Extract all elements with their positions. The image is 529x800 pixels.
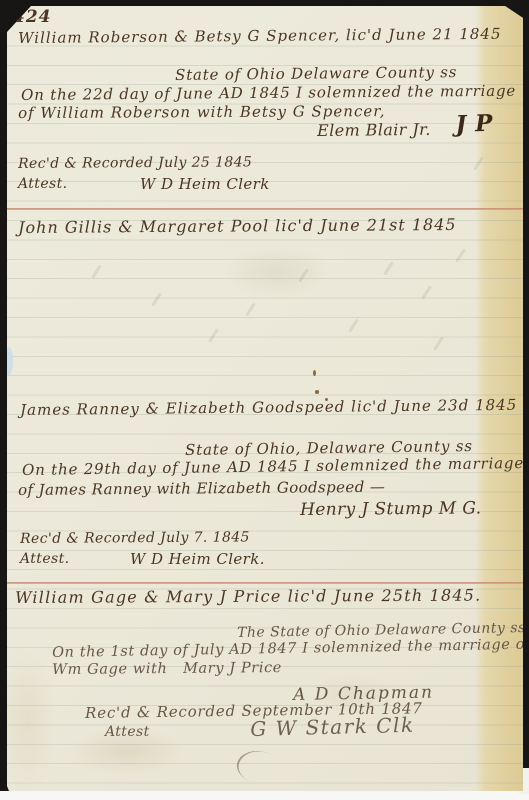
entry4-clerk-signature: G W Stark Clk bbox=[250, 714, 415, 740]
entry4-certification-line2: Wm Gage with Mary J Price bbox=[52, 661, 282, 679]
page-number: 424 bbox=[13, 8, 52, 27]
entry4-attest-label: Attest bbox=[105, 725, 150, 740]
entry1-officiant-initials: J P bbox=[455, 111, 493, 138]
entry3-attest-label: Attest. bbox=[20, 552, 69, 567]
entry3-recorded-note: Rec'd & Recorded July 7. 1845 bbox=[20, 530, 250, 547]
entry2-license-heading: John Gillis & Margaret Pool lic'd June 2… bbox=[18, 216, 457, 237]
entry1-recorded-note: Rec'd & Recorded July 25 1845 bbox=[18, 155, 252, 172]
entry1-clerk-signature: W D Heim Clerk bbox=[140, 176, 270, 193]
entry1-jurisdiction: State of Ohio Delaware County ss bbox=[175, 64, 457, 83]
entry4-license-heading: William Gage & Mary J Price lic'd June 2… bbox=[15, 587, 481, 607]
ink-speck bbox=[313, 370, 316, 376]
binding-edge-glint bbox=[5, 347, 13, 375]
entry1-certification-line2: of William Roberson with Betsy G Spencer… bbox=[18, 103, 386, 121]
scanned-ledger-image: 424 William Roberson & Betsy G Spencer, … bbox=[0, 0, 529, 800]
entry1-officiant-signature: Elem Blair Jr. bbox=[317, 121, 431, 140]
entry-divider-rule bbox=[7, 208, 523, 210]
entry3-certification-line2: of James Ranney with Elizabeth Goodspeed… bbox=[18, 479, 385, 499]
entry3-officiant-signature: Henry J Stump M G. bbox=[300, 499, 482, 519]
ledger-page: 424 William Roberson & Betsy G Spencer, … bbox=[7, 6, 523, 791]
scanner-background bbox=[0, 791, 529, 800]
entry-divider-rule bbox=[7, 582, 523, 584]
entry1-license-heading: William Roberson & Betsy G Spencer, lic'… bbox=[18, 26, 502, 47]
ink-speck bbox=[315, 390, 319, 394]
entry1-attest-label: Attest. bbox=[18, 177, 67, 192]
entry3-clerk-signature: W D Heim Clerk. bbox=[130, 551, 265, 568]
